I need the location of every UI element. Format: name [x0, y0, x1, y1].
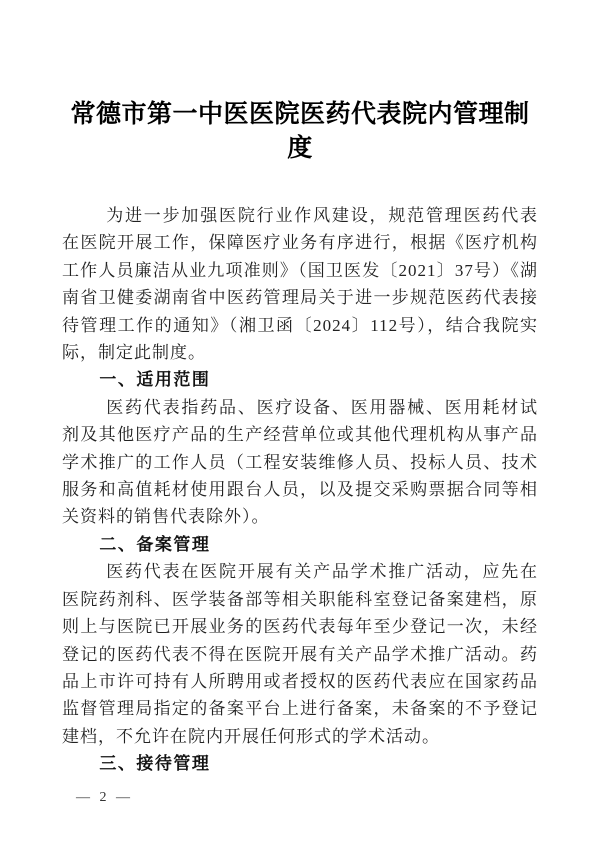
section-heading-scope: 一、适用范围	[62, 366, 538, 393]
document-body: 为进一步加强医院行业作风建设，规范管理医药代表在医院开展工作，保障医疗业务有序进…	[62, 202, 538, 778]
intro-paragraph: 为进一步加强医院行业作风建设，规范管理医药代表在医院开展工作，保障医疗业务有序进…	[62, 202, 538, 366]
section-heading-filing: 二、备案管理	[62, 531, 538, 558]
scope-paragraph: 医药代表指药品、医疗设备、医用器械、医用耗材试剂及其他医疗产品的生产经营单位或其…	[62, 394, 538, 531]
section-heading-reception: 三、接待管理	[62, 750, 538, 777]
filing-paragraph: 医药代表在医院开展有关产品学术推广活动，应先在医院药剂科、医学装备部等相关职能科…	[62, 558, 538, 750]
document-title: 常德市第一中医医院医药代表院内管理制度	[62, 98, 538, 166]
page-number: — 2 —	[76, 790, 133, 806]
document-page: 常德市第一中医医院医药代表院内管理制度 为进一步加强医院行业作风建设，规范管理医…	[0, 0, 600, 848]
